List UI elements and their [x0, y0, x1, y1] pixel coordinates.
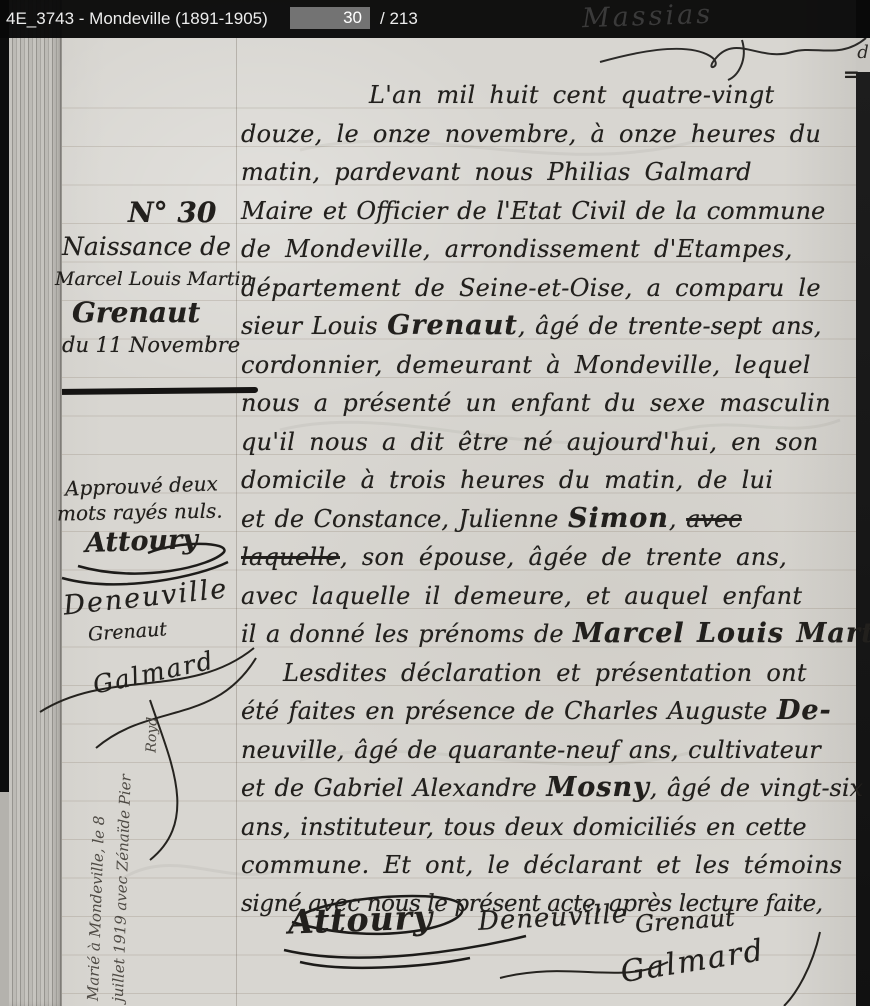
book-binding-shadow [0, 0, 9, 792]
act-text-line: département de Seine-et-Oise, a comparu … [241, 269, 853, 308]
act-text-fragment: sieur Louis [241, 312, 387, 340]
act-text-line: neuville, âgé de quarante-neuf ans, cult… [241, 731, 853, 770]
act-text-line: été faites en présence de Charles August… [241, 692, 853, 731]
act-child-name: Marcel Louis Martin [55, 268, 253, 290]
page-total-label: / 213 [380, 9, 418, 29]
act-text-line: matin, pardevant nous Philias Galmard [241, 153, 853, 192]
bleedthrough-handwriting: Massias [581, 0, 713, 34]
act-text-fragment: et de Constance, Julienne [241, 505, 568, 533]
archive-viewer: N° 30 Naissance de Marcel Louis Martin G… [0, 0, 870, 1006]
act-text-line: nous a présenté un enfant du sexe mascul… [241, 384, 853, 423]
act-text-line: domicile à trois heures du matin, de lui [241, 461, 853, 500]
book-binding-lower [0, 792, 9, 1006]
struck-word: avec [686, 505, 742, 533]
marriage-marginal-note: Marié à Mondeville, le 8 juillet 1919 av… [81, 701, 169, 1004]
hyphenation-mark: = [843, 62, 860, 86]
act-text-line: ans, instituteur, tous deux domiciliés e… [241, 808, 853, 847]
act-text-fragment: , [669, 505, 686, 533]
act-family-name: Grenaut [72, 296, 200, 329]
act-text: L'an mil huit cent quatre-vingt douze, l… [241, 76, 853, 923]
struck-word: laquelle [241, 543, 340, 571]
act-text-line: laquelle, son épouse, âgée de trente ans… [241, 538, 853, 577]
act-text-line: qu'il nous a dit être né aujourd'hui, en… [241, 423, 853, 462]
witness2-name: Mosny [546, 772, 649, 803]
act-text-line: sieur Louis Grenaut, âgé de trente-sept … [241, 307, 853, 346]
act-text-line: commune. Et ont, le déclarant et les tém… [241, 846, 853, 885]
act-text-line: avec laquelle il demeure, et auquel enfa… [241, 577, 853, 616]
act-text-fragment: été faites en présence de Charles August… [241, 697, 777, 725]
act-text-line: L'an mil huit cent quatre-vingt [241, 76, 853, 115]
signature-attoury: Attoury [287, 897, 433, 941]
child-given-names: Marcel Louis Martin [573, 618, 870, 649]
viewer-toolbar: 4E_3743 - Mondeville (1891-1905) / 213 M… [0, 0, 870, 38]
margin-separator-line [236, 38, 237, 1006]
witness1-name-start: De- [777, 695, 832, 726]
act-text-fragment: et de Gabriel Alexandre [241, 774, 546, 802]
act-text-line: et de Gabriel Alexandre Mosny, âgé de vi… [241, 769, 853, 808]
act-text-fragment: , âgé de trente-sept ans, [518, 312, 822, 340]
page-number-input[interactable] [290, 7, 370, 29]
act-text-line: il a donné les prénoms de Marcel Louis M… [241, 615, 853, 654]
book-gutter-shadow [856, 0, 870, 1006]
margin-signature-attoury: Attoury [84, 524, 198, 559]
father-name: Grenaut [387, 310, 518, 341]
mother-name: Simon [568, 503, 669, 534]
page-edge-striations [9, 0, 62, 1006]
act-text-line: Lesdites déclaration et présentation ont [241, 654, 853, 693]
document-title: 4E_3743 - Mondeville (1891-1905) [6, 9, 268, 29]
act-text-fragment: il a donné les prénoms de [241, 620, 573, 648]
act-text-fragment: , son épouse, âgée de trente ans, [340, 543, 787, 571]
act-text-line: Maire et Officier de l'Etat Civil de la … [241, 192, 853, 231]
act-text-fragment: , âgé de vingt-six [650, 774, 863, 802]
act-title-line: Naissance de [62, 232, 231, 261]
act-text-line: cordonnier, demeurant à Mondeville, lequ… [241, 346, 853, 385]
approval-note-line2: mots rayés nuls. [57, 499, 223, 526]
document-canvas[interactable]: N° 30 Naissance de Marcel Louis Martin G… [0, 0, 870, 1006]
act-number: N° 30 [128, 196, 216, 229]
act-date: du 11 Novembre [62, 333, 240, 357]
previous-entry-flourish [600, 38, 866, 67]
act-text-line: et de Constance, Julienne Simon, avec [241, 500, 853, 539]
act-text-line: douze, le onze novembre, à onze heures d… [241, 115, 853, 154]
act-text-line: de Mondeville, arrondissement d'Etampes, [241, 230, 853, 269]
